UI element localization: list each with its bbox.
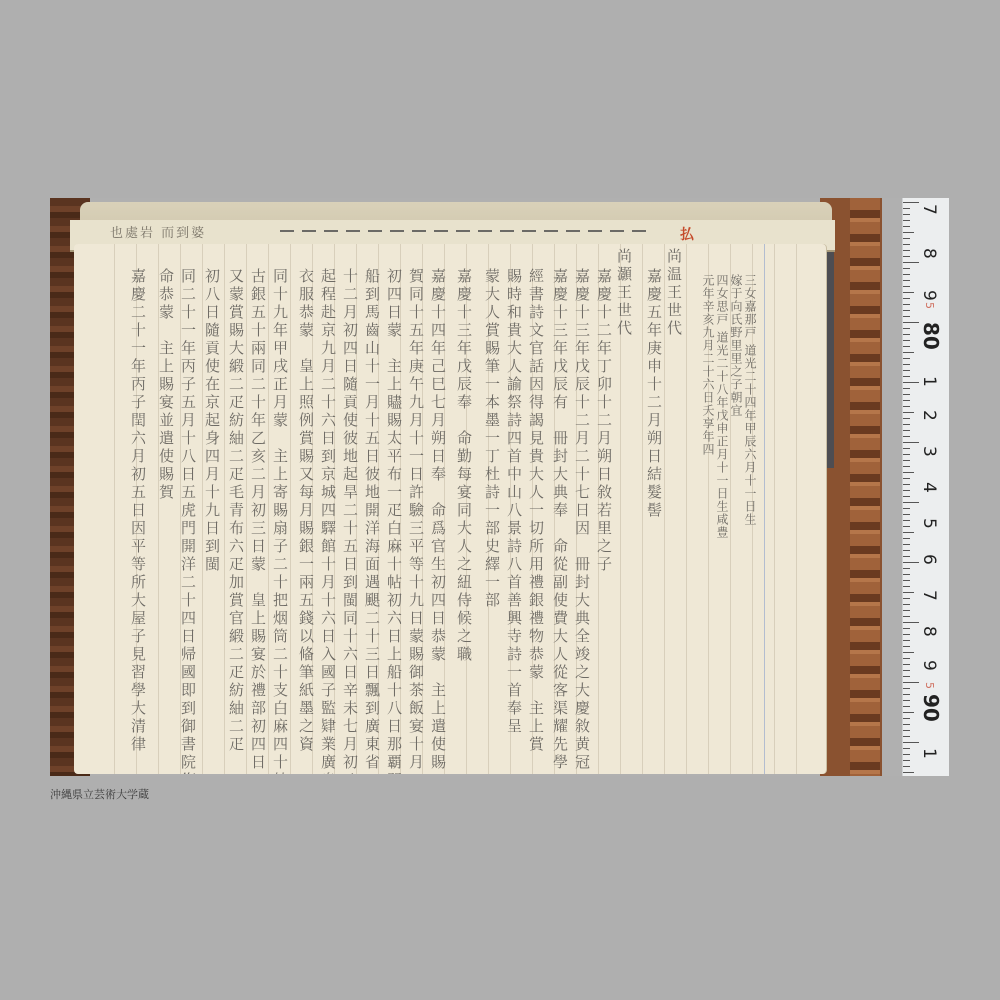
text-column: 尚灝王世代 xyxy=(614,248,634,338)
ruler-tick xyxy=(903,328,910,329)
ruler-tick xyxy=(903,412,914,413)
text-column: 蒙大人賞賜筆一本墨一丁杜詩一部史繹一部 xyxy=(482,268,502,610)
ruler-tick xyxy=(903,562,919,563)
ruler-tick xyxy=(903,316,910,317)
ruled-line xyxy=(224,244,225,774)
ruler-tick xyxy=(903,538,910,539)
ruler-number: 9 xyxy=(919,660,939,671)
ruler-tick xyxy=(903,220,910,221)
ruler-number: 7 xyxy=(919,204,939,215)
text-column: 元年辛亥九月二十六日夭享年四 xyxy=(698,274,718,456)
text-column: 起程赴京九月二十六日到京城四驛館十月十六日入國子監肄業廣泉館 xyxy=(318,268,338,774)
ruler-tick xyxy=(903,670,910,671)
ruler-tick xyxy=(903,322,919,323)
ruler-tick xyxy=(903,640,910,641)
ruler-tick xyxy=(903,370,910,371)
ruler-tick xyxy=(903,592,914,593)
ruler-tick xyxy=(903,628,910,629)
ruler-number: 9 xyxy=(919,290,939,301)
ruler-tick xyxy=(903,466,910,467)
ruler-tick xyxy=(903,580,910,581)
ruler-number: 1 xyxy=(919,748,939,759)
text-column: 賀同十五年庚午九月十一日許驗三平等十九日蒙賜御茶飯宴十月 xyxy=(406,268,426,772)
text-column: 嘉慶十四年己巳七月朔日奉 命爲官生初四日恭蒙 主上遣使賜 xyxy=(428,268,448,772)
ruler-tick xyxy=(903,472,914,473)
ruler-tick xyxy=(903,256,910,257)
ruler-tick xyxy=(903,748,910,749)
ruler-tick xyxy=(903,688,910,689)
ruler-tick xyxy=(903,556,910,557)
ruler-tick xyxy=(903,718,910,719)
text-column: 船到馬齒山十一月十五日彼地開洋海面遇颶二十三日飄到廣東省 xyxy=(362,268,382,772)
collection-credit-caption: 沖縄県立芸術大学蔵 xyxy=(50,786,149,802)
ruler-tick xyxy=(903,598,910,599)
ruler-tick xyxy=(903,550,910,551)
ruler-number: 1 xyxy=(919,376,939,387)
ruler-tick xyxy=(903,310,910,311)
ruler-tick xyxy=(903,460,910,461)
ruler-tick xyxy=(903,424,910,425)
ruler-tick xyxy=(903,676,910,677)
text-column: 嘉慶十二年丁卯十二月朔日敘若里之子 xyxy=(594,268,614,574)
ruler-tick xyxy=(903,754,910,755)
ruler-tick xyxy=(903,388,910,389)
text-column: 嘉慶五年庚申十二月朔日結髮髻 xyxy=(644,268,664,520)
ruled-line xyxy=(642,244,643,774)
ruler-tick xyxy=(903,490,910,491)
ruler-tick xyxy=(903,520,910,521)
ruler-tick xyxy=(903,280,910,281)
text-column: 同十九年甲戌正月蒙 主上寄賜扇子二十把烟筒二十支白麻四十帖 xyxy=(270,268,290,774)
ruler-tick xyxy=(903,634,910,635)
ruler-tick xyxy=(903,454,910,455)
ruler-tick xyxy=(903,394,910,395)
ruler-tick xyxy=(903,544,910,545)
ruler-number: 3 xyxy=(919,446,939,457)
ruler-tick xyxy=(903,358,910,359)
ruler-tick xyxy=(903,484,910,485)
ruler-tick xyxy=(903,496,910,497)
ruler-tick xyxy=(903,340,910,341)
ruler-tick xyxy=(903,364,910,365)
ruler-number: 80 xyxy=(919,322,943,350)
ruler-tick xyxy=(903,214,910,215)
notebook-page: 三女嘉那戸 道光二十四年甲辰六月十一日生嫁于向氏野里里之子朝宜四女思戸 道光二十… xyxy=(74,244,826,774)
ruler-tick xyxy=(903,604,910,605)
text-column: 賜時和貴大人諭祭詩四首中山八景詩八首善興寺詩一首奉呈 xyxy=(504,268,524,736)
text-column: 衣服恭蒙 皇上照例賞賜又每月賜銀一兩五錢以偹筆紙墨之資 xyxy=(296,268,316,754)
ruler-number: 7 xyxy=(919,590,939,601)
ruler-tick xyxy=(903,730,910,731)
ruler-tick xyxy=(903,772,914,773)
ruler-tick xyxy=(903,616,910,617)
underlying-page-dashes xyxy=(280,230,650,232)
ruler-tick xyxy=(903,292,914,293)
ruler-tick xyxy=(903,268,910,269)
ruler-tick xyxy=(903,406,910,407)
ruler-tick xyxy=(903,724,910,725)
text-column: 嘉慶十三年戊辰十二月二十七日因 冊封大典全竣之大慶敘黄冠 xyxy=(572,268,592,772)
blue-margin-line xyxy=(764,244,765,774)
red-stamp-mark: 払 xyxy=(680,224,694,244)
ruler-tick xyxy=(903,238,910,239)
ruler-tick xyxy=(903,418,910,419)
text-column: 嘉慶十三年戊辰有 冊封大典奉 命從副使費大人從客渠耀先學 xyxy=(550,268,570,772)
ruler-tick xyxy=(903,244,910,245)
ruler-tick xyxy=(903,736,910,737)
ruled-line xyxy=(290,244,291,774)
ruler-number: 8 xyxy=(919,248,939,259)
text-column: 同二十一年丙子五月十八日五虎門開洋二十四日帰國即到御書院復 xyxy=(178,268,198,774)
text-column: 初四日蒙 主上贐賜太平布一疋白麻十帖初六日上船十八日那覇開 xyxy=(384,268,404,774)
ruler-tick xyxy=(903,700,910,701)
ruler-tick xyxy=(903,382,919,383)
ruler-tick xyxy=(903,706,910,707)
ruler-tick xyxy=(903,622,919,623)
ruled-line xyxy=(268,244,269,774)
ruler-number: 5 xyxy=(919,518,939,529)
ruler-tick xyxy=(903,712,914,713)
text-column: 尚温王世代 xyxy=(664,248,684,338)
ruler-number: 2 xyxy=(919,410,939,421)
ruler-tick xyxy=(903,526,910,527)
ruler-tick xyxy=(903,352,914,353)
ruler-tick xyxy=(903,376,910,377)
ruled-line xyxy=(774,244,775,774)
ruler-number: 4 xyxy=(919,482,939,493)
ruler-tick xyxy=(903,274,910,275)
ruled-line xyxy=(796,244,797,774)
ruler-tick xyxy=(903,478,910,479)
ruler-tick xyxy=(903,742,919,743)
ruled-line xyxy=(246,244,247,774)
ruler-tick xyxy=(903,334,910,335)
ruler-tick xyxy=(903,250,910,251)
ruler-tick xyxy=(903,262,919,263)
ruled-line xyxy=(686,244,687,774)
ruler-tick xyxy=(903,226,910,227)
ruler-tick xyxy=(903,430,910,431)
ruler-tick xyxy=(903,508,910,509)
text-column: 初八日隨貢使在京起身四月十九日到閩 xyxy=(202,268,222,574)
ruler-tick xyxy=(903,208,910,209)
ruler-number: 6 xyxy=(919,554,939,565)
text-column: 十二月初四日隨貢使彼地起旱二十五日到閩同十六日辛未七月初八日 xyxy=(340,268,360,774)
ruler-tick xyxy=(903,448,910,449)
ruler-tick xyxy=(903,586,910,587)
ruler-tick xyxy=(903,760,910,761)
ruler-tick xyxy=(903,502,919,503)
text-column: 嘉慶二十一年丙子閏六月初五日因平等所大屋子見習學大清律 xyxy=(128,268,148,754)
ruler-number: 5 xyxy=(923,302,936,309)
ruler-tick xyxy=(903,514,910,515)
ruler-number: 8 xyxy=(919,626,939,637)
ruler-tick xyxy=(903,658,910,659)
text-column: 又蒙賞賜大緞二疋紡紬二疋毛青布六疋加賞官緞二疋紡紬二疋 xyxy=(226,268,246,754)
underlying-page-text: 也處岩 而到婆 xyxy=(110,222,206,241)
ruler-tick xyxy=(903,646,910,647)
ruler-tick xyxy=(903,298,910,299)
ruler-tick xyxy=(903,304,910,305)
text-column: 古銀五十兩同二十年乙亥二月初三日蒙 皇上賜宴於禮部初四日 xyxy=(248,268,268,772)
ruler-tick xyxy=(903,532,914,533)
ruler-tick xyxy=(903,436,910,437)
ruler-tick xyxy=(903,286,910,287)
measuring-ruler: 7895801234567895901 xyxy=(902,198,949,776)
leather-lacing xyxy=(850,198,880,776)
ruler-tick xyxy=(903,610,910,611)
ruler-number: 5 xyxy=(923,682,936,689)
ruler-tick xyxy=(903,664,910,665)
text-column: 命恭蒙 主上賜宴並遣使賜賀 xyxy=(156,268,176,502)
ruler-tick xyxy=(903,400,910,401)
ruler-tick xyxy=(903,202,919,203)
text-column: 嘉慶十三年戊辰奉 命勤每宴同大人之紐侍候之職 xyxy=(454,268,474,664)
ruler-tick xyxy=(903,568,910,569)
ruler-number: 90 xyxy=(919,694,943,722)
ruler-tick xyxy=(903,766,910,767)
document-photo: 也處岩 而到婆 払 三女嘉那戸 道光二十四年甲辰六月十一日生嫁于向氏野里里之子朝… xyxy=(50,198,948,776)
ruler-tick xyxy=(903,346,910,347)
ruler-tick xyxy=(903,442,919,443)
ruler-tick xyxy=(903,232,914,233)
ruled-line xyxy=(114,244,115,774)
ruler-tick xyxy=(903,574,910,575)
ruler-tick xyxy=(903,694,910,695)
ruler-tick xyxy=(903,652,914,653)
leather-binding-right xyxy=(820,198,882,776)
ruler-tick xyxy=(903,682,919,683)
text-column: 經書詩文官話因得謁見貴大人一切所用禮銀禮物恭蒙 主上賞 xyxy=(526,268,546,754)
